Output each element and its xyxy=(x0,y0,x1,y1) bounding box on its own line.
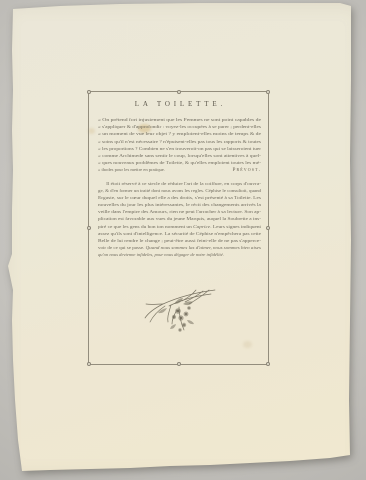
commentary-line: nouvelles du jour les plus intéressantes… xyxy=(98,201,261,208)
frame-corner-ornament xyxy=(87,362,91,366)
commentary-line: plication est favorable aux vues du jeun… xyxy=(98,215,261,222)
frame-corner-ornament xyxy=(266,90,270,94)
commentary-line: piré ce que les gens du bon ton nomment … xyxy=(98,223,261,230)
quote-paragraph: « On prétend fort injustement que les Fe… xyxy=(98,116,261,174)
paper-shadow: LA TOILETTE. « On prétend fort injusteme… xyxy=(0,0,366,480)
commentary-line: ge, & d'en former un traité dont nous av… xyxy=(98,187,261,194)
floral-vignette xyxy=(141,284,219,336)
frame-edge-ornament xyxy=(266,226,270,230)
paper-sheet: LA TOILETTE. « On prétend fort injusteme… xyxy=(0,0,366,480)
ruled-border-frame: LA TOILETTE. « On prétend fort injusteme… xyxy=(88,91,269,365)
paper-stain xyxy=(138,124,151,133)
commentary-line: assez qu'ils sont d'intelligence. La séc… xyxy=(98,230,261,237)
commentary-line: veille dans l'empire des Amours, rien ne… xyxy=(98,208,261,215)
frame-corner-ornament xyxy=(87,90,91,94)
scan-background: LA TOILETTE. « On prétend fort injusteme… xyxy=(0,0,366,480)
frame-edge-ornament xyxy=(87,226,91,230)
quote-line: « On prétend fort injustement que les Fe… xyxy=(98,116,261,123)
commentary-line: qu'on nous devienne infideles, pour nous… xyxy=(98,251,261,258)
quote-line: « ques nouveaux problêmes de Toilette, &… xyxy=(98,159,261,166)
quote-line: « s'appliquer & d'approfondir : voyez-le… xyxy=(98,123,261,130)
quote-line: « soins qu'il n'est nécessaire ? n'épuis… xyxy=(98,138,261,145)
quote-line: « comme Archimede sans sentir le coup, l… xyxy=(98,152,261,159)
frame-edge-ornament xyxy=(177,90,181,94)
quote-line: « les proportions ? Combien ne s'en trou… xyxy=(98,145,261,152)
commentary-line: Ergaste, sur le cœur duquel elle a des d… xyxy=(98,194,261,201)
commentary-paragraph: Il étoit réservé à ce siecle de réduire … xyxy=(98,180,261,259)
frame-corner-ornament xyxy=(266,362,270,366)
page-title: LA TOILETTE. xyxy=(89,100,268,108)
frame-edge-ornament xyxy=(177,362,181,366)
paper-stain xyxy=(88,128,95,134)
commentary-line: Il étoit réservé à ce siecle de réduire … xyxy=(98,180,261,187)
commentary-line: voir de ce qui se passe. Quand nous somm… xyxy=(98,244,261,251)
quote-line: « thodes pour les mettre en pratique.Pré… xyxy=(98,166,261,173)
commentary-line: Belle de lui rendre le change ; peut-êtr… xyxy=(98,237,261,244)
quote-line: « un moment de vue leur objet ? y emploi… xyxy=(98,130,261,137)
paper-stain xyxy=(243,341,252,348)
attribution: Prévost. xyxy=(233,167,261,174)
